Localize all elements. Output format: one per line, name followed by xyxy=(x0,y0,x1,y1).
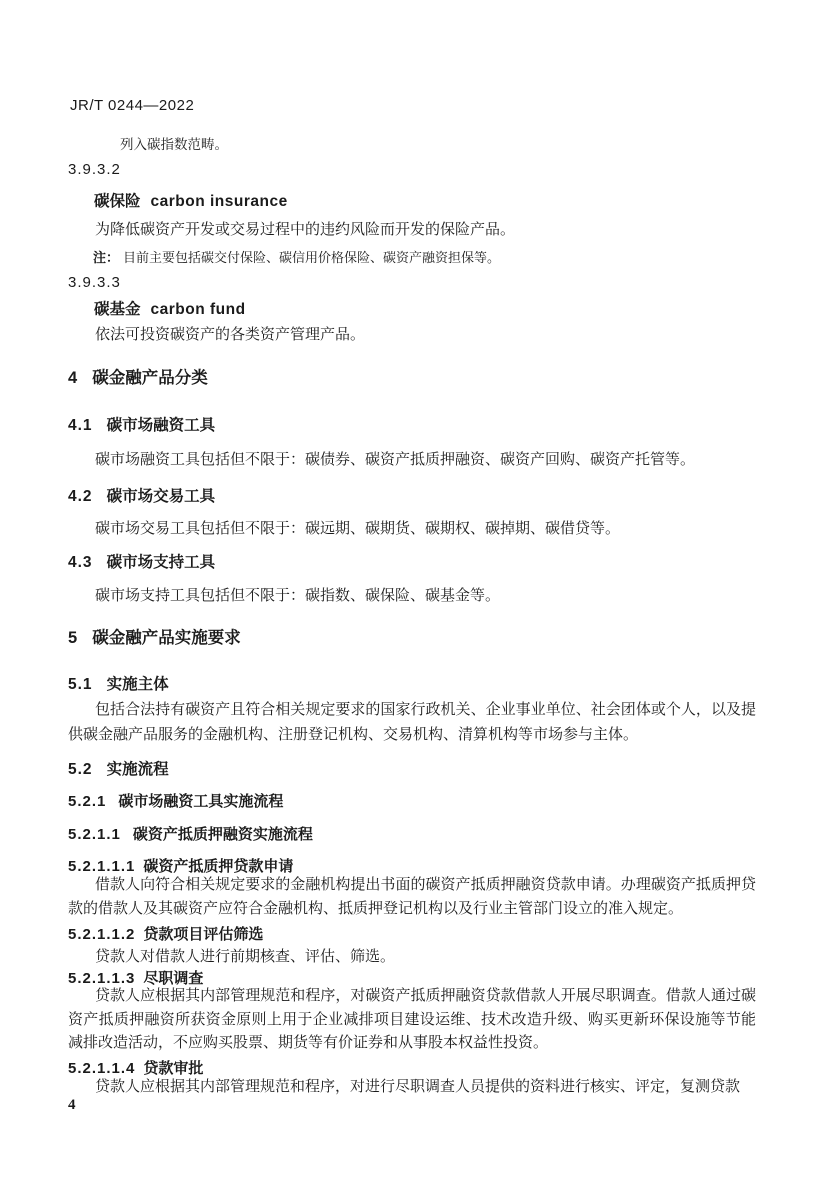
section-title: 碳金融产品实施要求 xyxy=(92,629,241,647)
clause-number-3932: 3.9.3.2 xyxy=(68,161,121,178)
section-number: 5.2.1 xyxy=(68,793,106,810)
term-entry-carbon-fund: 碳基金carbon fund xyxy=(94,297,246,319)
section-number: 5.2.1.1.4 xyxy=(68,1060,135,1077)
section-title: 贷款审批 xyxy=(143,1060,203,1077)
section-5-2-1-1-1-body: 借款人向符合相关规定要求的金融机构提出书面的碳资产抵质押融资贷款申请。办理碳资产… xyxy=(68,874,756,921)
section-5-2-1-1-2-body: 贷款人对借款人进行前期核查、评估、筛选。 xyxy=(95,945,395,966)
clause-number-3933: 3.9.3.3 xyxy=(68,274,121,291)
section-5-2-1-1-4-body: 贷款人应根据其内部管理规范和程序，对进行尽职调查人员提供的资料进行核实、评定，复… xyxy=(68,1076,756,1100)
section-heading-5-2-1-1-2: 5.2.1.1.2贷款项目评估筛选 xyxy=(68,923,263,944)
term-definition: 为降低碳资产开发或交易过程中的违约风险而开发的保险产品。 xyxy=(95,218,515,239)
section-heading-4-2: 4.2碳市场交易工具 xyxy=(68,484,215,506)
section-number: 5.2.1.1 xyxy=(68,826,121,843)
section-heading-5-2-1-1-1: 5.2.1.1.1碳资产抵质押贷款申请 xyxy=(68,855,293,876)
section-number: 5.2 xyxy=(68,761,93,779)
term-en: carbon fund xyxy=(151,301,246,318)
section-title: 碳资产抵质押贷款申请 xyxy=(143,858,293,875)
section-title: 碳市场支持工具 xyxy=(107,554,216,571)
section-heading-4-1: 4.1碳市场融资工具 xyxy=(68,413,215,435)
term-zh: 碳基金 xyxy=(94,301,141,318)
section-number: 5.2.1.1.1 xyxy=(68,858,135,875)
term-en: carbon insurance xyxy=(151,193,288,210)
term-definition: 依法可投资碳资产的各类资产管理产品。 xyxy=(95,323,365,344)
section-title: 贷款项目评估筛选 xyxy=(143,926,263,943)
section-heading-4-3: 4.3碳市场支持工具 xyxy=(68,550,215,572)
section-title: 碳金融产品分类 xyxy=(92,369,208,387)
section-heading-5: 5碳金融产品实施要求 xyxy=(68,624,241,648)
section-4-2-body: 碳市场交易工具包括但不限于：碳远期、碳期货、碳期权、碳掉期、碳借贷等。 xyxy=(95,517,620,538)
section-number: 5.1 xyxy=(68,676,93,694)
section-number: 4.2 xyxy=(68,488,93,506)
section-5-1-body: 包括合法持有碳资产且符合相关规定要求的国家行政机关、企业事业单位、社会团体或个人… xyxy=(68,698,756,748)
document-page: JR/T 0244—2022 列入碳指数范畴。 3.9.3.2 碳保险carbo… xyxy=(0,0,822,1178)
section-title: 碳资产抵质押融资实施流程 xyxy=(133,826,313,843)
section-number: 5 xyxy=(68,629,78,648)
section-title: 碳市场融资工具实施流程 xyxy=(118,793,283,810)
section-title: 碳市场交易工具 xyxy=(107,488,216,505)
section-title: 实施流程 xyxy=(107,761,169,778)
note-text: 目前主要包括碳交付保险、碳信用价格保险、碳资产融资担保等。 xyxy=(123,250,500,265)
section-number: 5.2.1.1.2 xyxy=(68,926,135,943)
section-heading-5-1: 5.1实施主体 xyxy=(68,672,169,694)
running-header-standard-number: JR/T 0244—2022 xyxy=(70,97,194,114)
section-heading-5-2-1-1-4: 5.2.1.1.4贷款审批 xyxy=(68,1057,203,1078)
section-title: 碳市场融资工具 xyxy=(107,417,216,434)
section-5-2-1-1-3-body: 贷款人应根据其内部管理规范和程序，对碳资产抵质押融资贷款借款人开展尽职调查。借款… xyxy=(68,985,756,1056)
section-heading-5-2-1-1: 5.2.1.1碳资产抵质押融资实施流程 xyxy=(68,823,313,844)
term-zh: 碳保险 xyxy=(94,193,141,210)
section-number: 4 xyxy=(68,369,78,388)
term-note: 注：目前主要包括碳交付保险、碳信用价格保险、碳资产融资担保等。 xyxy=(93,247,500,266)
page-number: 4 xyxy=(68,1097,76,1114)
note-label: 注： xyxy=(93,250,119,265)
section-4-1-body: 碳市场融资工具包括但不限于：碳债券、碳资产抵质押融资、碳资产回购、碳资产托管等。 xyxy=(95,448,695,469)
section-heading-5-2-1: 5.2.1碳市场融资工具实施流程 xyxy=(68,790,283,811)
note-continuation-text: 列入碳指数范畴。 xyxy=(120,133,228,153)
section-number: 4.1 xyxy=(68,417,93,435)
section-heading-4: 4碳金融产品分类 xyxy=(68,364,208,388)
term-entry-carbon-insurance: 碳保险carbon insurance xyxy=(94,189,288,211)
section-title: 实施主体 xyxy=(107,676,169,693)
section-heading-5-2: 5.2实施流程 xyxy=(68,757,169,779)
section-4-3-body: 碳市场支持工具包括但不限于：碳指数、碳保险、碳基金等。 xyxy=(95,584,500,605)
section-number: 4.3 xyxy=(68,554,93,572)
